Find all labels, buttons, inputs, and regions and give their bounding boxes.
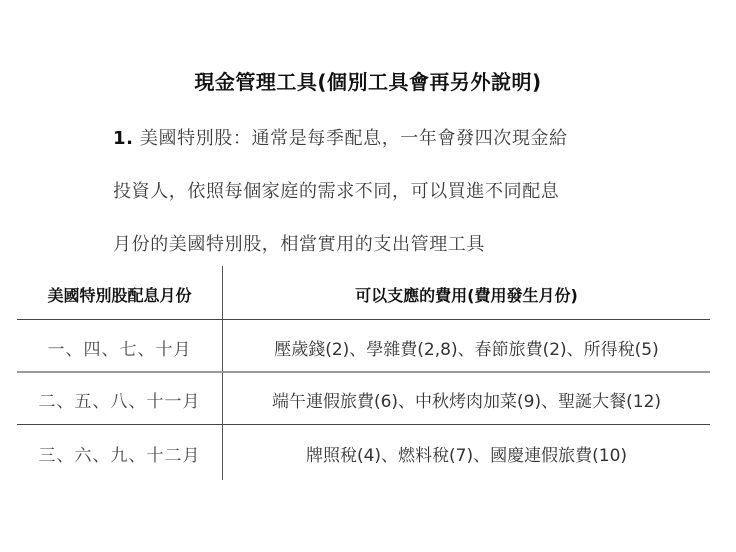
list-number: 1. — [113, 128, 134, 149]
paragraph-line-2: 投資人，依照每個家庭的需求不同，可以買進不同配息 — [113, 177, 559, 203]
table-row-2-months: 二、五、八、十一月 — [17, 387, 222, 412]
table-row-3-months: 三、六、九、十二月 — [17, 441, 222, 466]
row-divider — [17, 424, 710, 425]
table-row-3-expenses: 牌照稅(4)、燃料稅(7)、國慶連假旅費(10) — [223, 441, 710, 466]
page-title: 現金管理工具(個別工具會再另外說明) — [0, 66, 736, 95]
row-divider — [17, 319, 710, 320]
paragraph-line-1: 1. 美國特別股：通常是每季配息，一年會發四次現金給 — [113, 124, 568, 150]
table-row-1-months: 一、四、七、十月 — [17, 335, 222, 360]
header-dividend-months: 美國特別股配息月份 — [17, 283, 222, 306]
dividend-expense-table: 美國特別股配息月份 可以支應的費用(費用發生月份) 一、四、七、十月 壓歲錢(2… — [17, 266, 710, 480]
table-row-2-expenses: 端午連假旅費(6)、中秋烤肉加菜(9)、聖誕大餐(12) — [223, 387, 710, 412]
row-divider — [17, 371, 710, 373]
table-row-1-expenses: 壓歲錢(2)、學雜費(2,8)、春節旅費(2)、所得稅(5) — [223, 335, 710, 360]
paragraph-line-3: 月份的美國特別股，相當實用的支出管理工具 — [113, 230, 485, 256]
header-expenses: 可以支應的費用(費用發生月份) — [223, 283, 710, 306]
paragraph-text-1: 美國特別股：通常是每季配息，一年會發四次現金給 — [140, 128, 568, 149]
